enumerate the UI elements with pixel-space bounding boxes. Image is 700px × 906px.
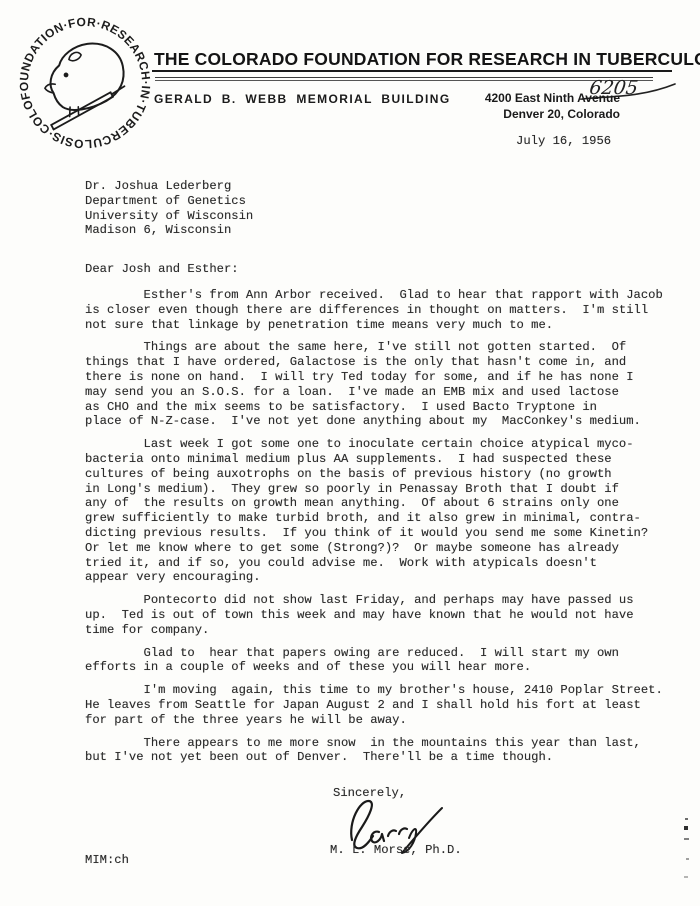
scanned-letter-page: { "letterhead": { "organization": "THE C… xyxy=(0,0,700,906)
scan-artifact xyxy=(684,876,688,878)
date: July 16, 1956 xyxy=(516,134,611,149)
scan-artifact xyxy=(686,858,689,860)
guinea-pig-icon xyxy=(32,36,134,130)
paragraph: Esther's from Ann Arbor received. Glad t… xyxy=(85,288,663,332)
scan-artifact xyxy=(685,818,688,820)
letter-body: Esther's from Ann Arbor received. Glad t… xyxy=(85,288,663,773)
paragraph: There appears to me more snow in the mou… xyxy=(85,736,663,766)
letterhead-seal: FOUNDATION·FOR·RESEARCH·IN·TUBERCULOSIS·… xyxy=(14,10,156,156)
paragraph: Pontecorto did not show last Friday, and… xyxy=(85,593,663,637)
scan-artifact xyxy=(684,826,688,830)
seal-ring-text: FOUNDATION·FOR·RESEARCH·IN·TUBERCULOSIS·… xyxy=(14,10,156,156)
scan-artifact xyxy=(684,838,689,840)
paragraph: Last week I got some one to inoculate ce… xyxy=(85,437,663,585)
street-address: 4200 East Ninth Avenue xyxy=(420,91,620,107)
letterhead-address: 4200 East Ninth Avenue Denver 20, Colora… xyxy=(420,91,620,122)
paragraph: Things are about the same here, I've sti… xyxy=(85,340,663,429)
signer-name: M. L. Morse, Ph.D. xyxy=(330,843,462,858)
city-address: Denver 20, Colorado xyxy=(420,107,620,123)
typist-initials: MIM:ch xyxy=(85,853,129,868)
paragraph: Glad to hear that papers owing are reduc… xyxy=(85,646,663,676)
building-name: GERALD B. WEBB MEMORIAL BUILDING xyxy=(154,92,451,106)
organization-title: THE COLORADO FOUNDATION FOR RESEARCH IN … xyxy=(154,49,700,70)
recipient-address: Dr. Joshua Lederberg Department of Genet… xyxy=(85,179,253,238)
salutation: Dear Josh and Esther: xyxy=(85,262,239,277)
paragraph: I'm moving again, this time to my brothe… xyxy=(85,683,663,727)
